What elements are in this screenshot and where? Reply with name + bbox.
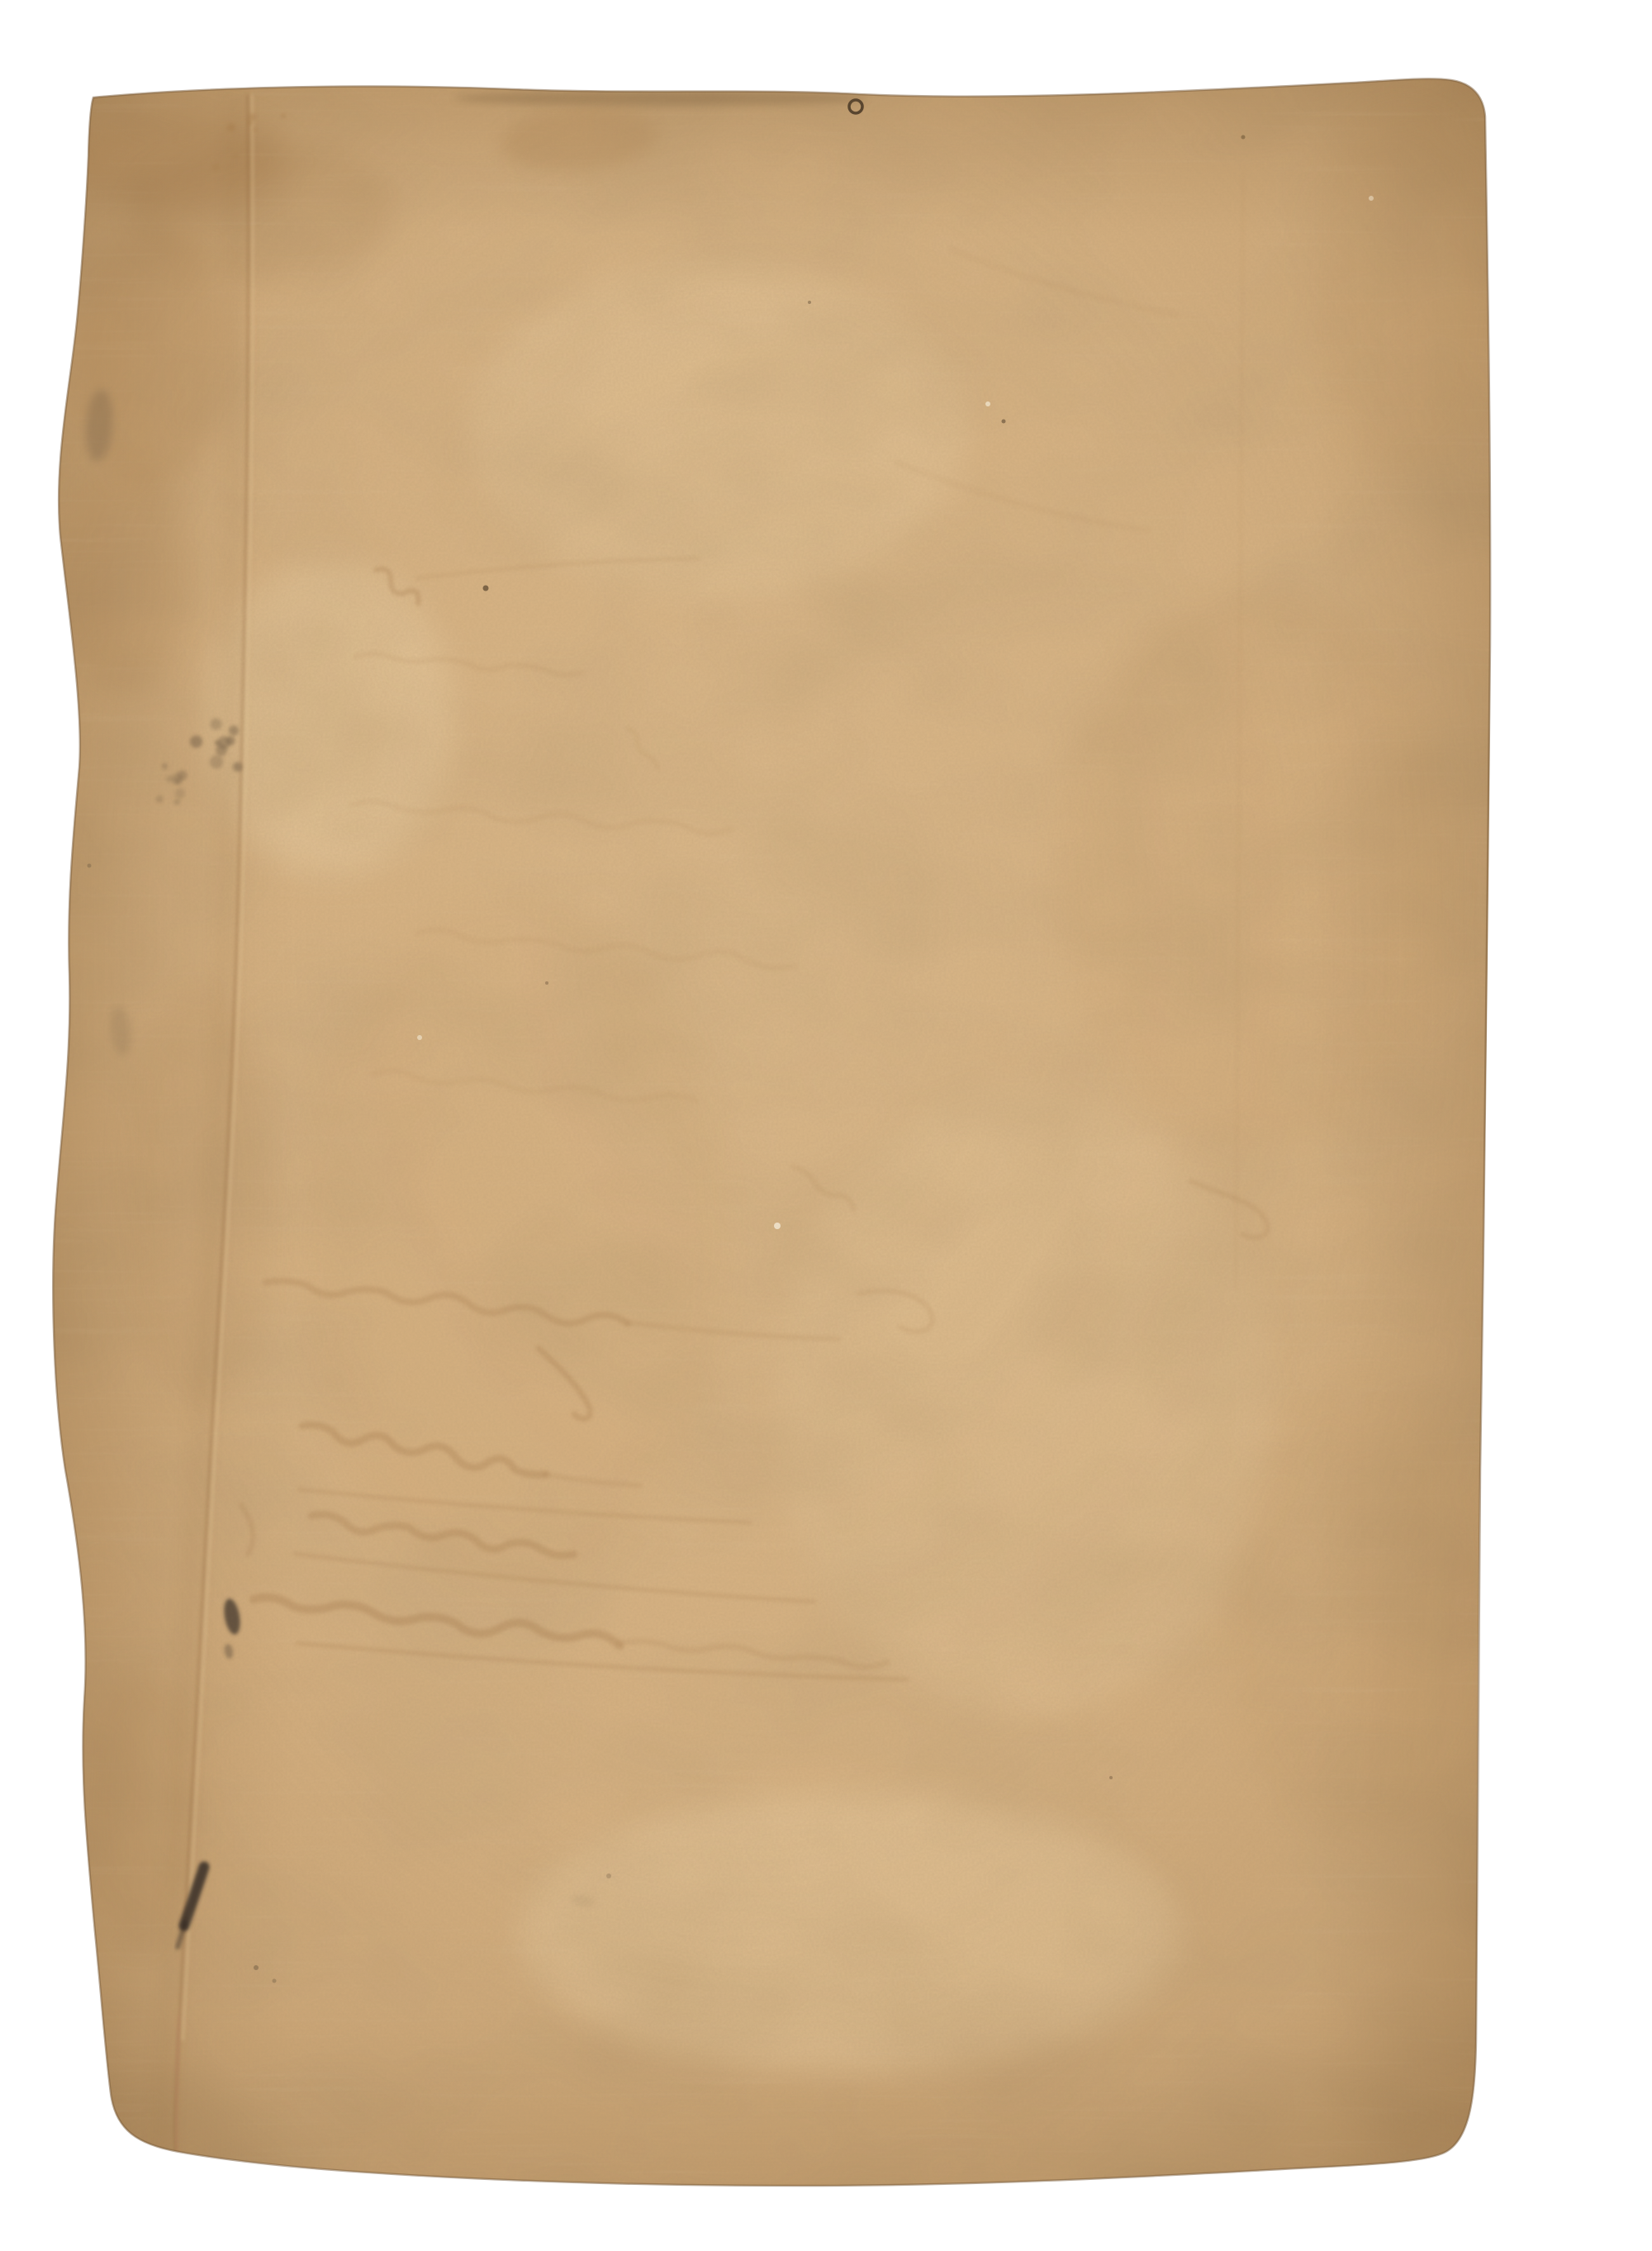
smudge-dot	[190, 735, 202, 748]
photo-canvas	[0, 0, 1652, 2251]
smudge-dot	[248, 121, 253, 126]
smudge-dot	[233, 762, 243, 772]
smudge-dot	[156, 795, 164, 803]
smudge-dot	[211, 719, 222, 730]
light-fleck	[1369, 196, 1374, 201]
smudge-dot	[174, 778, 182, 786]
dark-speck	[483, 586, 489, 591]
smudge-dot	[212, 164, 220, 171]
dark-speck	[1109, 1776, 1113, 1779]
light-fleck	[774, 1223, 781, 1229]
smudge-dot	[174, 788, 185, 799]
dark-speck	[88, 864, 92, 868]
dark-speck	[808, 301, 811, 304]
smudge-dot	[210, 755, 223, 768]
dark-speck	[545, 981, 548, 985]
smudge-dot	[249, 113, 256, 121]
dark-speck	[1241, 135, 1246, 140]
smudge-dot	[229, 725, 239, 735]
dark-speck	[273, 1979, 277, 1983]
smudge-dot	[218, 736, 230, 748]
smudge-dot	[162, 763, 169, 770]
dark-speck	[254, 1965, 259, 1970]
smudge-dot	[234, 153, 238, 157]
smudge-dot	[227, 123, 235, 131]
dark-speck	[1002, 420, 1006, 424]
paper-grain-texture	[45, 74, 1499, 2197]
light-fleck	[417, 1035, 422, 1040]
manuscript-leaf-photo	[0, 0, 1652, 2251]
smudge-dot	[174, 799, 180, 805]
dark-speck	[606, 1873, 611, 1878]
smudge-dot	[254, 128, 257, 131]
paper-sheet	[45, 74, 1503, 2197]
light-fleck	[985, 401, 990, 406]
smudge-dot	[282, 114, 286, 118]
